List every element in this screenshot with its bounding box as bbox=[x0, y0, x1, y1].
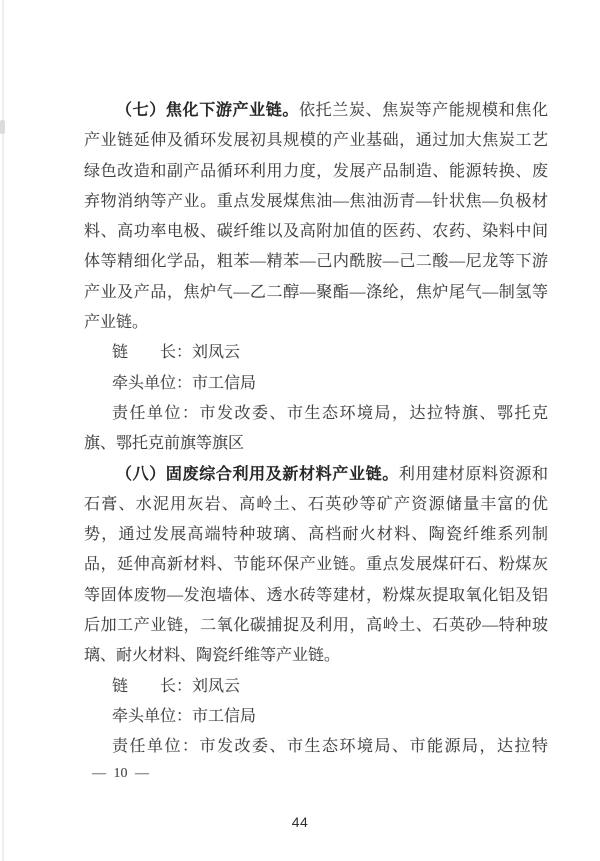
text-line: 弃物消纳等产业。重点发展煤焦油—焦油沥青—针状焦—负极材 bbox=[84, 187, 548, 217]
document-folio: — 10 — bbox=[92, 766, 149, 782]
text-line: 旗、鄂托克前旗等旗区 bbox=[84, 429, 548, 459]
section-heading-line: （八）固废综合利用及新材料产业链。利用建材原料资源和 bbox=[84, 460, 548, 490]
text-line: 产业链延伸及循环发展初具规模的产业基础，通过加大焦炭工艺 bbox=[84, 126, 548, 156]
text-line: 牵头单位：市工信局 bbox=[84, 702, 548, 732]
section-heading-line: （七）焦化下游产业链。依托兰炭、焦炭等产能规模和焦化 bbox=[84, 96, 548, 126]
scan-edge-notch bbox=[0, 120, 5, 134]
text-line: 牵头单位：市工信局 bbox=[84, 369, 548, 399]
text-line: 责任单位：市发改委、市生态环境局，达拉特旗、鄂托克 bbox=[84, 399, 548, 429]
text-line: 产业及产品，焦炉气—乙二醇—聚酯—涤纶，焦炉尾气—制氢等 bbox=[84, 278, 548, 308]
section-heading-label: （七）焦化下游产业链。 bbox=[116, 102, 299, 119]
text-line: 璃、耐火材料、陶瓷纤维等产业链。 bbox=[84, 641, 548, 671]
text-line: 石膏、水泥用灰岩、高岭土、石英砂等矿产资源储量丰富的优 bbox=[84, 490, 548, 520]
text-line: 品，延伸高新材料、节能环保产业链。重点发展煤矸石、粉煤灰 bbox=[84, 550, 548, 580]
text-line: 责任单位：市发改委、市生态环境局、市能源局，达拉特 bbox=[84, 732, 548, 762]
text-line: 等固体废物—发泡墙体、透水砖等建材，粉煤灰提取氧化铝及铝 bbox=[84, 581, 548, 611]
text-line: 体等精细化学品，粗苯—精苯—己内酰胺—己二酸—尼龙等下游 bbox=[84, 247, 548, 277]
text-line: 链 长：刘凤云 bbox=[84, 672, 548, 702]
text-line: 势，通过发展高端特种玻璃、高档耐火材料、陶瓷纤维系列制 bbox=[84, 520, 548, 550]
text-line: 链 长：刘凤云 bbox=[84, 338, 548, 368]
text-line: 后加工产业链，二氧化碳捕捉及利用，高岭土、石英砂—特种玻 bbox=[84, 611, 548, 641]
section-heading-label: （八）固废综合利用及新材料产业链。 bbox=[116, 466, 399, 483]
text-line: 产业链。 bbox=[84, 308, 548, 338]
page-number: 44 bbox=[0, 814, 600, 830]
document-body: （七）焦化下游产业链。依托兰炭、焦炭等产能规模和焦化产业链延伸及循环发展初具规模… bbox=[84, 96, 548, 763]
document-page: （七）焦化下游产业链。依托兰炭、焦炭等产能规模和焦化产业链延伸及循环发展初具规模… bbox=[0, 0, 600, 861]
text-line: 料、高功率电极、碳纤维以及高附加值的医药、农药、染料中间 bbox=[84, 217, 548, 247]
text-line: 绿色改造和副产品循环利用力度，发展产品制造、能源转换、废 bbox=[84, 157, 548, 187]
